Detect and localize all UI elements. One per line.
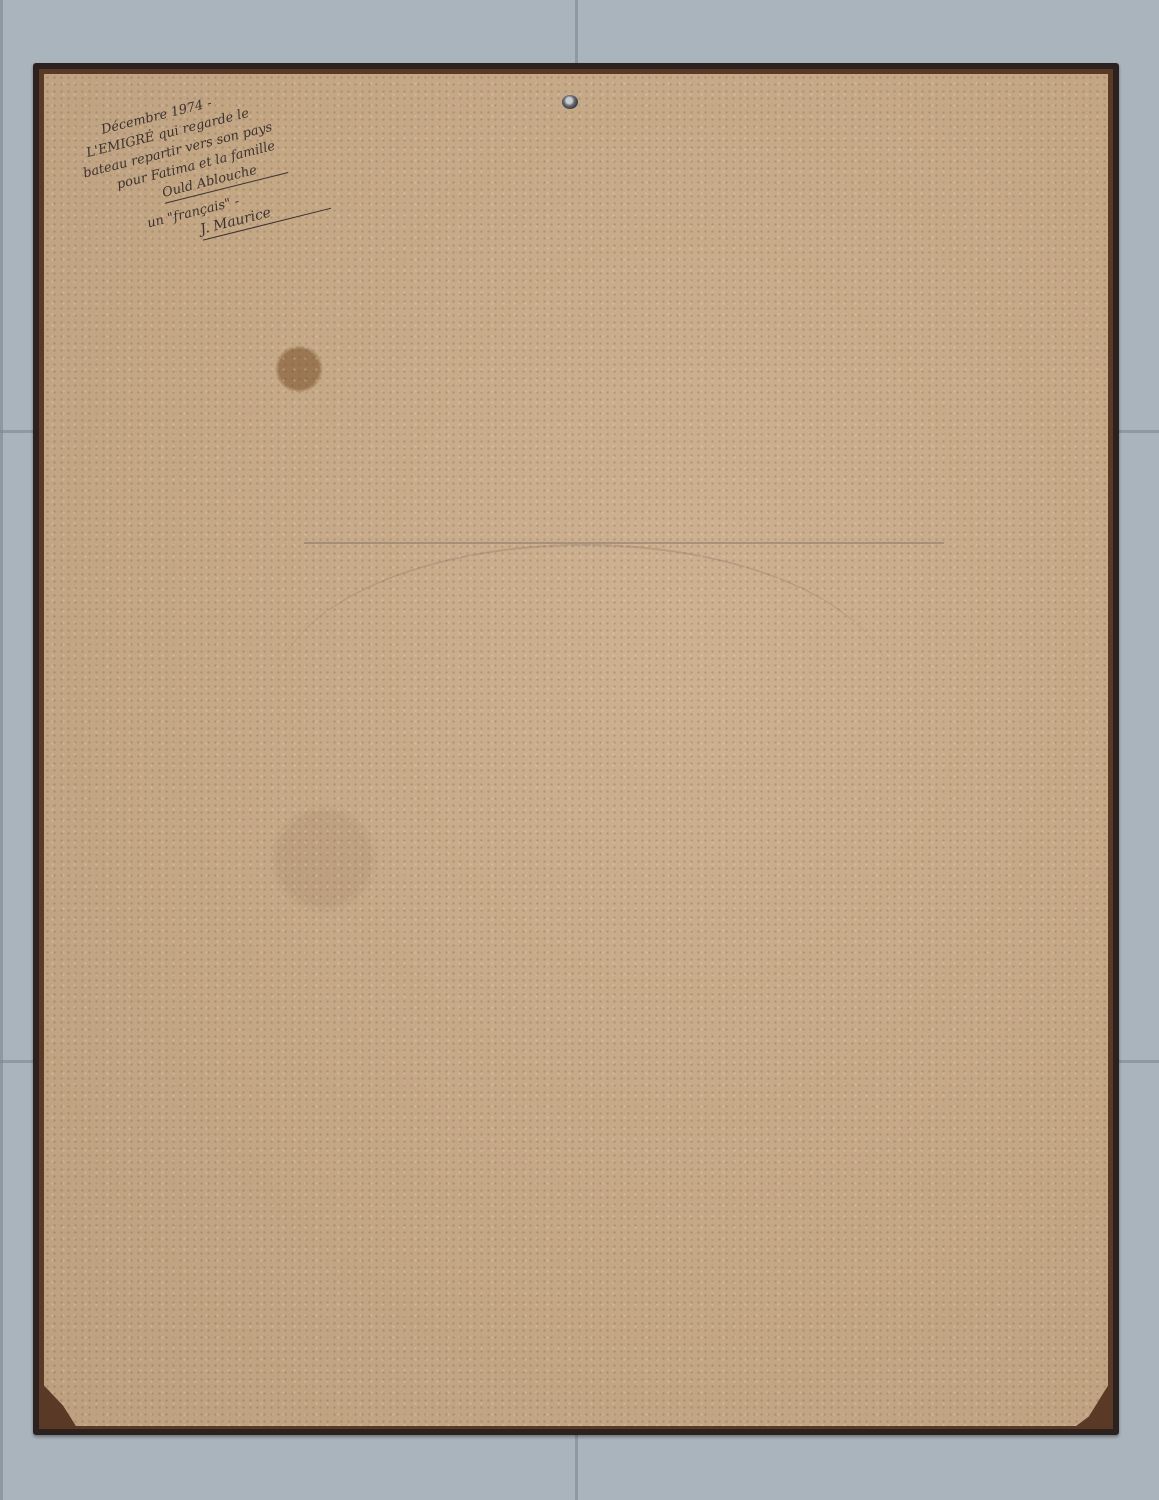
hanging-hook-icon (562, 95, 578, 109)
pencil-arc (274, 544, 894, 846)
pencil-mark (304, 542, 944, 544)
backing-board (44, 74, 1108, 1426)
